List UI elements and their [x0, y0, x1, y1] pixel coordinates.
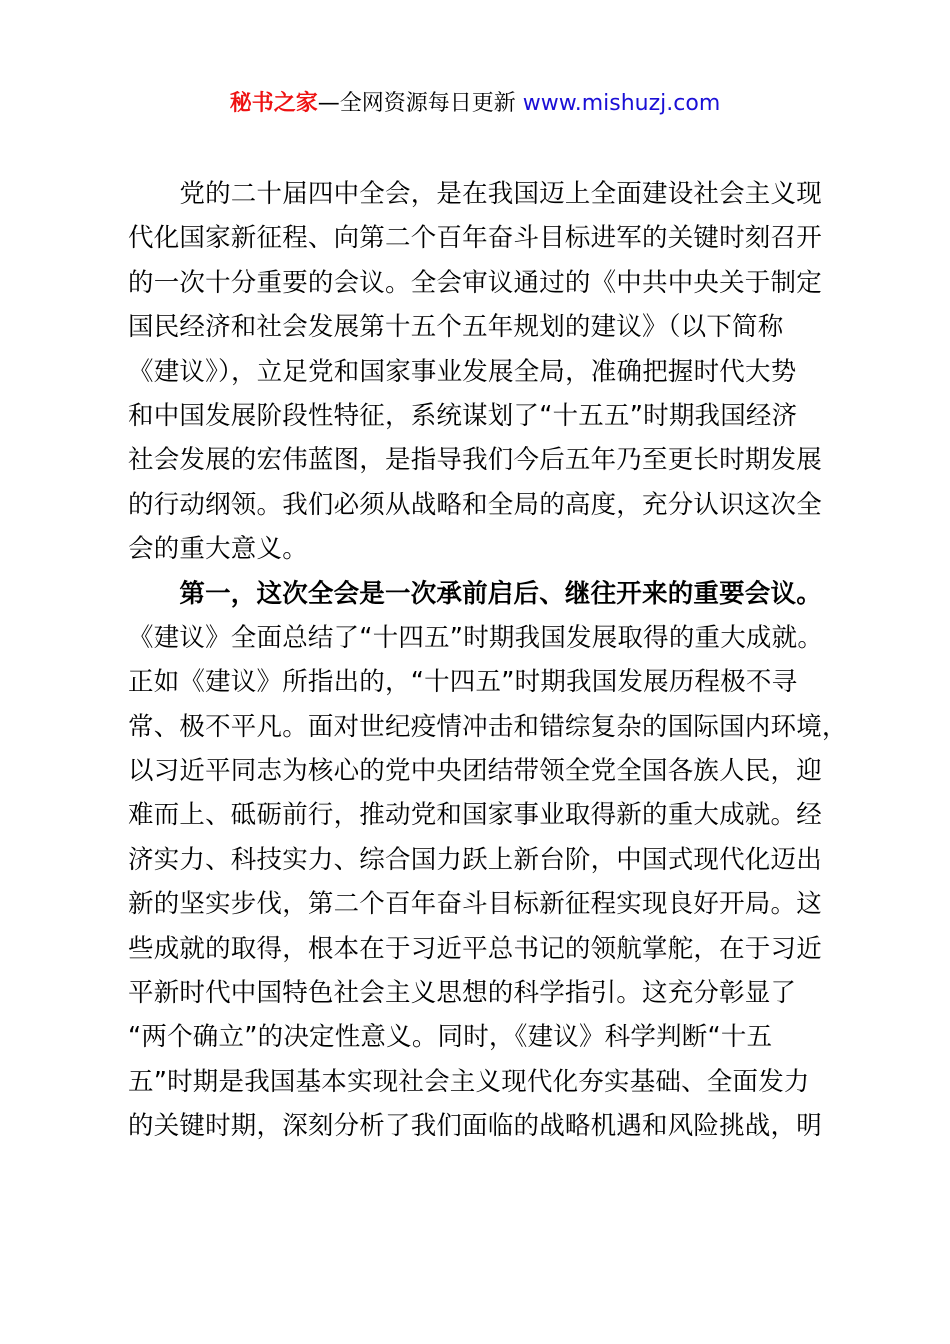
header-tagline: —全网资源每日更新 [318, 91, 523, 116]
text-line: 的行动纲领。我们必须从战略和全局的高度，充分认识这次全 [128, 483, 840, 527]
text-line: 会的重大意义。 [128, 527, 840, 571]
text-line: 些成就的取得，根本在于习近平总书记的领航掌舵，在于习近 [128, 927, 840, 971]
text-line: 的一次十分重要的会议。全会审议通过的《中共中央关于制定 [128, 261, 840, 305]
text-line: 常、极不平凡。面对世纪疫情冲击和错综复杂的国际国内环境， [128, 705, 840, 749]
site-header: 秘书之家—全网资源每日更新 www.mishuzj.com [0, 88, 950, 120]
text-line: 社会发展的宏伟蓝图，是指导我们今后五年乃至更长时期发展 [128, 438, 840, 482]
text-line: 党的二十届四中全会，是在我国迈上全面建设社会主义现 [128, 172, 840, 216]
text-line: 《建议》全面总结了“十四五”时期我国发展取得的重大成就。 [128, 616, 840, 660]
text-line: 国民经济和社会发展第十五个五年规划的建议》（以下简称 [128, 305, 840, 349]
text-line: 平新时代中国特色社会主义思想的科学指引。这充分彰显了 [128, 971, 840, 1015]
text-line: “两个确立”的决定性意义。同时，《建议》科学判断“十五 [128, 1015, 840, 1059]
section-heading-line: 第一，这次全会是一次承前启后、继往开来的重要会议。 [128, 572, 840, 616]
document-body: 党的二十届四中全会，是在我国迈上全面建设社会主义现 代化国家新征程、向第二个百年… [128, 172, 840, 1149]
brand-name: 秘书之家 [230, 91, 318, 116]
text-line: 正如《建议》所指出的，“十四五”时期我国发展历程极不寻 [128, 660, 840, 704]
text-line: 新的坚实步伐，第二个百年奋斗目标新征程实现良好开局。这 [128, 882, 840, 926]
text-line: 济实力、科技实力、综合国力跃上新台阶，中国式现代化迈出 [128, 838, 840, 882]
text-line: 代化国家新征程、向第二个百年奋斗目标进军的关键时刻召开 [128, 216, 840, 260]
text-line: 以习近平同志为核心的党中央团结带领全党全国各族人民，迎 [128, 749, 840, 793]
site-url-link[interactable]: www.mishuzj.com [523, 91, 720, 116]
text-line: 的关键时期，深刻分析了我们面临的战略机遇和风险挑战，明 [128, 1104, 840, 1148]
text-line: 《建议》），立足党和国家事业发展全局，准确把握时代大势 [128, 350, 840, 394]
text-line: 和中国发展阶段性特征，系统谋划了“十五五”时期我国经济 [128, 394, 840, 438]
text-line: 五”时期是我国基本实现社会主义现代化夯实基础、全面发力 [128, 1060, 840, 1104]
text-line: 难而上、砥砺前行，推动党和国家事业取得新的重大成就。经 [128, 793, 840, 837]
